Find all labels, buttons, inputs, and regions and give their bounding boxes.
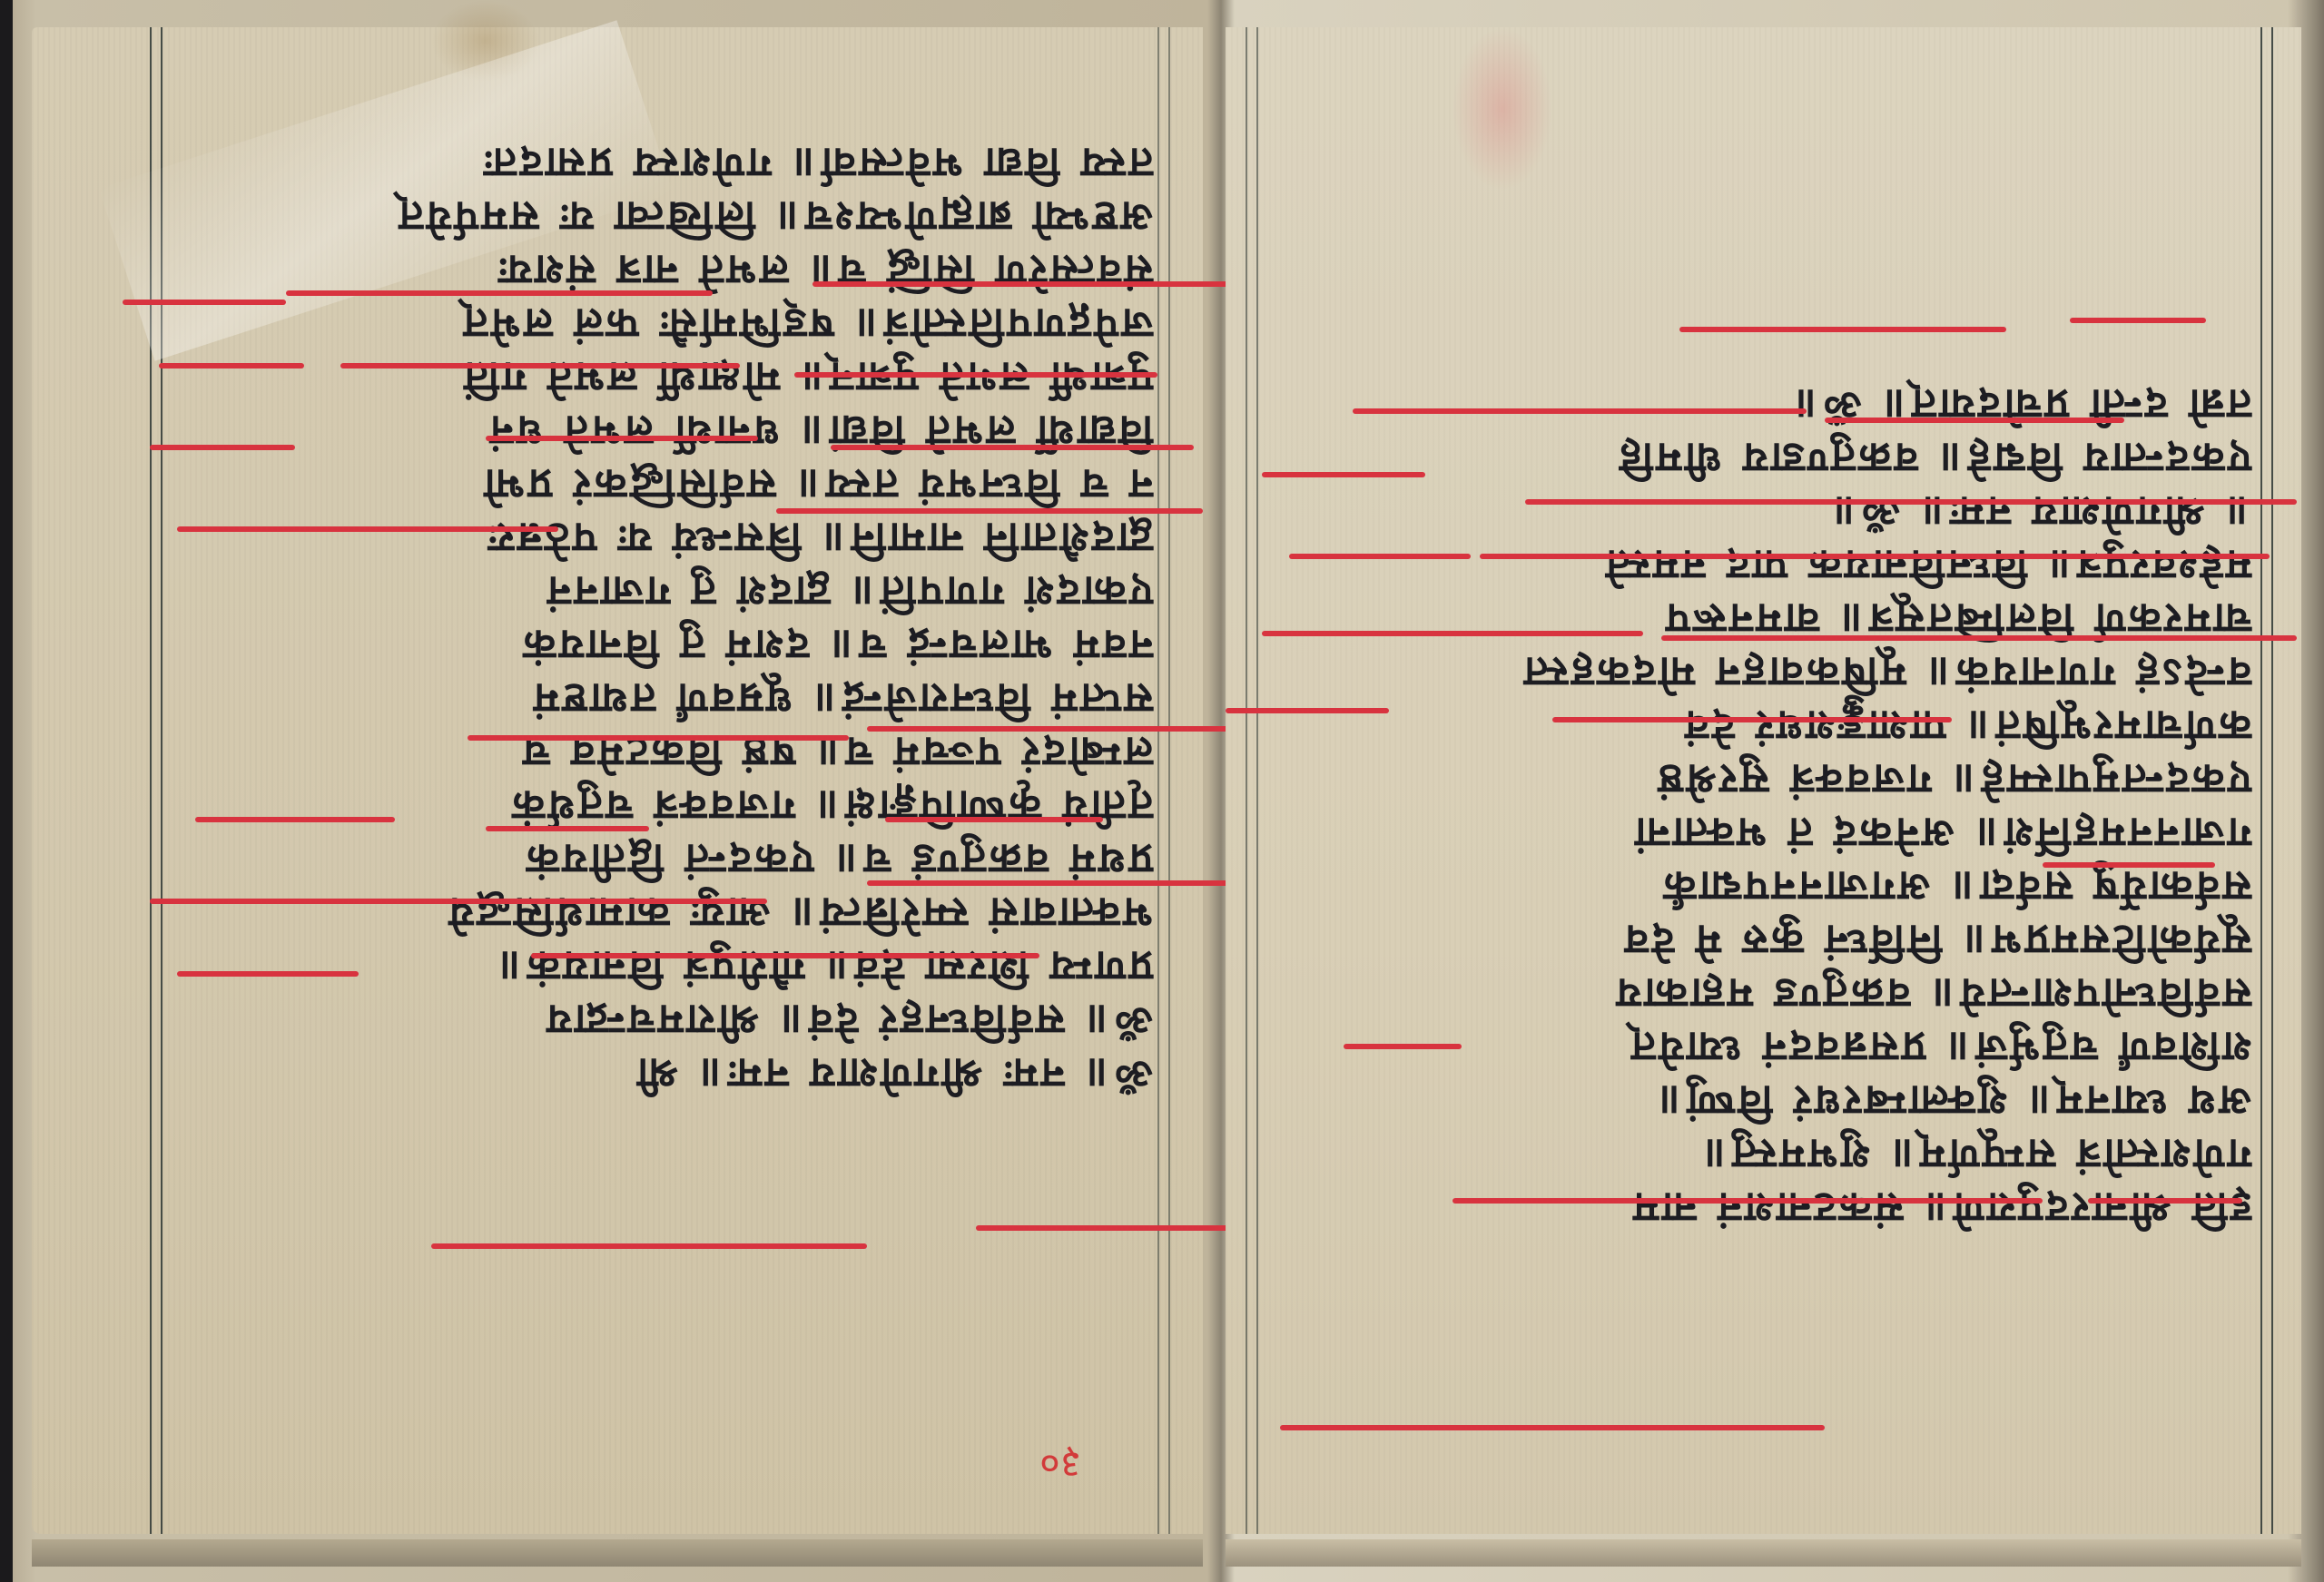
- red-underline: [1289, 554, 1471, 559]
- red-underline: [2070, 318, 2206, 323]
- red-underline: [812, 281, 1248, 287]
- page-stack-edge: [1226, 1539, 2301, 1567]
- red-underline: [976, 1225, 1248, 1231]
- red-underline: [468, 735, 849, 741]
- red-underline: [486, 826, 649, 831]
- red-underline: [885, 817, 1103, 822]
- margin-rule: [1168, 27, 1170, 1534]
- red-underline: [531, 953, 1039, 958]
- red-underline: [150, 445, 295, 450]
- rubric-lines: [123, 300, 1167, 1207]
- red-underline: [1552, 717, 1952, 722]
- red-underline: [1480, 554, 2270, 559]
- red-underline: [1280, 1425, 1825, 1430]
- page-number: ३०: [1039, 1439, 1081, 1493]
- text-line: [1262, 163, 2251, 217]
- text-line: [1262, 270, 2251, 324]
- red-underline: [1661, 635, 2297, 641]
- red-underline: [1452, 1198, 2043, 1204]
- red-underline: [340, 363, 740, 368]
- text-line: तस्य विद्या भवेत्सर्वा॥ गणेशस्य प्रसादतः: [168, 136, 1153, 190]
- red-underline: [867, 880, 1248, 886]
- red-underline: [177, 526, 558, 532]
- red-underline: [286, 290, 713, 296]
- red-underline: [867, 726, 1230, 732]
- red-underline: [1262, 472, 1425, 477]
- manuscript-photo: ॐ॥ नमः श्रीगणेशाय नमः॥ श्री ॐ॥ सर्वविघ्न…: [0, 0, 2324, 1582]
- red-underline: [195, 817, 395, 822]
- red-underline: [831, 445, 1194, 450]
- red-underline: [486, 436, 758, 441]
- red-underline: [1825, 418, 2124, 423]
- right-page: इति श्रीनारदपुराणे॥ संकटनाशनं नाम गणेशस्…: [1226, 27, 2301, 1534]
- red-underline: [1344, 1044, 1462, 1049]
- red-underline: [776, 508, 1203, 514]
- red-underline: [177, 971, 359, 977]
- red-underline: [1226, 708, 1389, 713]
- page-stack-edge: [32, 1539, 1203, 1567]
- text-line: [1262, 217, 2251, 270]
- rubric-lines: [1226, 327, 2301, 1507]
- red-underline: [431, 1243, 867, 1249]
- red-underline: [1353, 408, 1807, 414]
- text-line: संवत्सरेण सिद्धिं च॥ लभते नात्र संशयः: [168, 243, 1153, 297]
- red-underline: [2088, 1198, 2242, 1204]
- red-underline: [1525, 499, 2297, 505]
- red-underline: [2043, 862, 2215, 868]
- red-underline: [794, 372, 1157, 378]
- red-underline: [150, 899, 767, 904]
- red-underline: [159, 363, 304, 368]
- red-underline: [1679, 327, 2006, 332]
- text-line: अष्टभ्यो ब्राह्मणेभ्यश्च॥ लिखित्वा यः सम…: [168, 190, 1153, 243]
- left-page: ॐ॥ नमः श्रीगणेशाय नमः॥ श्री ॐ॥ सर्वविघ्न…: [32, 27, 1203, 1534]
- red-underline: [1262, 631, 1643, 636]
- red-underline: [123, 300, 286, 305]
